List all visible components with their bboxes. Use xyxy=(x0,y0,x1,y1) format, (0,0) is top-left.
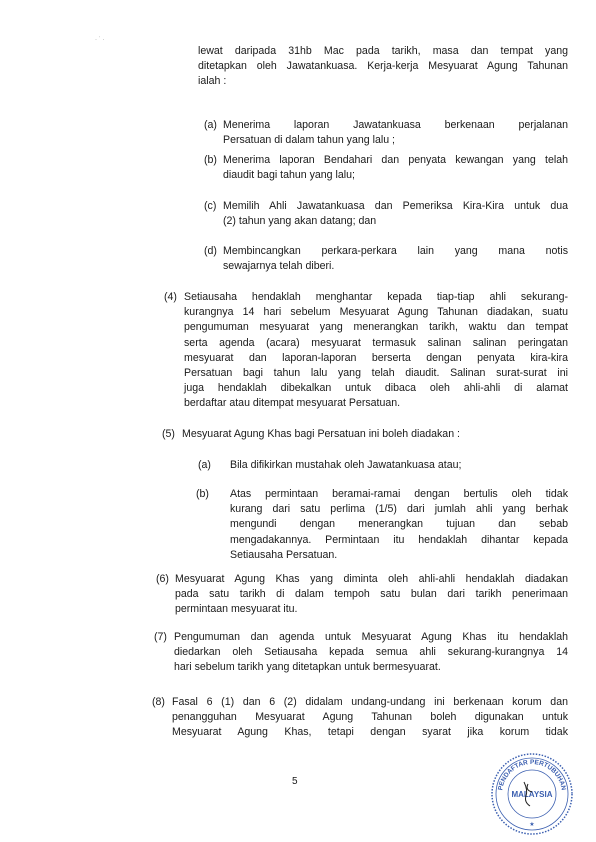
clause-label: (5) xyxy=(162,427,175,442)
agm-item-a: (a) Menerima laporan Jawatankuasa berken… xyxy=(204,118,568,148)
item-line: mengadakannya. Permintaan itu hendaklah … xyxy=(230,533,568,548)
clause-line: juga hendaklah dibekalkan untuk dibaca o… xyxy=(184,381,568,396)
clause-line: pada satu tarikh di dalam tempoh satu bu… xyxy=(175,587,568,602)
clause-label: (4) xyxy=(164,290,177,305)
clause-label: (6) xyxy=(156,572,169,587)
item-label: (d) xyxy=(204,244,217,259)
svg-text:PENDAFTAR PERTUBUHAN: PENDAFTAR PERTUBUHAN xyxy=(497,759,567,791)
clause-line: Setiausaha hendaklah menghantar kepada t… xyxy=(184,290,568,305)
clause-line: Persatuan bagi tahun lalu yang telah dia… xyxy=(184,366,568,381)
intro-line: ditetapkan oleh Jawatankuasa. Kerja-kerj… xyxy=(198,59,568,74)
agm-item-b: (b) Menerima laporan Bendahari dan penya… xyxy=(204,153,568,183)
item-line: Persatuan di dalam tahun yang lalu ; xyxy=(223,133,568,148)
item-label: (c) xyxy=(204,199,216,214)
clause-heading: Mesyuarat Agung Khas bagi Persatuan ini … xyxy=(182,427,568,442)
clause-label: (7) xyxy=(154,630,167,645)
item-line: Membincangkan perkara-perkara lain yang … xyxy=(223,244,568,259)
item-line: Setiausaha Persatuan. xyxy=(230,548,568,563)
clause-5: (5) Mesyuarat Agung Khas bagi Persatuan … xyxy=(162,427,568,442)
item-line: mengundi dengan menerangkan tujuan dan s… xyxy=(230,517,568,532)
item-label: (a) xyxy=(198,458,211,473)
clause-line: penangguhan Mesyuarat Agung Tahunan bole… xyxy=(172,710,568,725)
clause-line: mesyuarat dan laporan-laporan berserta d… xyxy=(184,351,568,366)
item-line: Bila difikirkan mustahak oleh Jawatankua… xyxy=(230,458,568,473)
clause-line: diedarkan oleh Setiausaha kepada semua a… xyxy=(174,645,568,660)
clause-line: serta agenda (acara) mesyuarat termasuk … xyxy=(184,336,568,351)
clause-line: Mesyuarat Agung Khas, tetapi dengan syar… xyxy=(172,725,568,740)
intro-line: ialah : xyxy=(198,74,568,89)
clause-6: (6) Mesyuarat Agung Khas yang diminta ol… xyxy=(156,572,568,618)
clause-8: (8) Fasal 6 (1) dan 6 (2) didalam undang… xyxy=(152,695,568,741)
document-page: · ˙ · lewat daripada 31hb Mac pada tarik… xyxy=(0,0,596,842)
clause-line: kurangnya 14 hari sebelum Mesyuarat Agun… xyxy=(184,305,568,320)
clause-5-item-a: (a) Bila difikirkan mustahak oleh Jawata… xyxy=(198,458,568,473)
clause-4: (4) Setiausaha hendaklah menghantar kepa… xyxy=(164,290,568,412)
official-stamp-icon: PENDAFTAR PERTUBUHAN MALAYSIA ★ xyxy=(490,752,574,836)
item-label: (b) xyxy=(196,487,209,502)
clause-line: Fasal 6 (1) dan 6 (2) didalam undang-und… xyxy=(172,695,568,710)
clause-line: pengumuman mesyuarat yang menerangkan ta… xyxy=(184,320,568,335)
item-line: Atas permintaan beramai-ramai dengan ber… xyxy=(230,487,568,502)
page-number: 5 xyxy=(292,776,298,787)
clause-line: Mesyuarat Agung Khas yang diminta oleh a… xyxy=(175,572,568,587)
clause-7: (7) Pengumuman dan agenda untuk Mesyuara… xyxy=(154,630,568,676)
item-line: Menerima laporan Jawatankuasa berkenaan … xyxy=(223,118,568,133)
item-line: Memilih Ahli Jawatankuasa dan Pemeriksa … xyxy=(223,199,568,214)
item-label: (a) xyxy=(204,118,217,133)
clause-line: berdaftar atau ditempat mesyuarat Persat… xyxy=(184,396,568,411)
agm-item-c: (c) Memilih Ahli Jawatankuasa dan Pemeri… xyxy=(204,199,568,229)
item-line: sewajarnya telah diberi. xyxy=(223,259,568,274)
svg-text:MALAYSIA: MALAYSIA xyxy=(511,790,552,799)
item-line: Menerima laporan Bendahari dan penyata k… xyxy=(223,153,568,168)
scan-specks: · ˙ · xyxy=(95,37,104,43)
item-line: kurang dari satu perlima (1/5) dari juml… xyxy=(230,502,568,517)
item-label: (b) xyxy=(204,153,217,168)
clause-line: permintaan mesyuarat itu. xyxy=(175,602,568,617)
clause-5-item-b: (b) Atas permintaan beramai-ramai dengan… xyxy=(196,487,568,563)
svg-text:★: ★ xyxy=(529,821,534,828)
agm-item-d: (d) Membincangkan perkara-perkara lain y… xyxy=(204,244,568,274)
item-line: diaudit bagi tahun yang lalu; xyxy=(223,168,568,183)
intro-line: lewat daripada 31hb Mac pada tarikh, mas… xyxy=(198,44,568,59)
item-line: (2) tahun yang akan datang; dan xyxy=(223,214,568,229)
intro-paragraph: lewat daripada 31hb Mac pada tarikh, mas… xyxy=(198,44,568,90)
clause-line: Pengumuman dan agenda untuk Mesyuarat Ag… xyxy=(174,630,568,645)
clause-line: hari sebelum tarikh yang ditetapkan untu… xyxy=(174,660,568,675)
clause-label: (8) xyxy=(152,695,165,710)
